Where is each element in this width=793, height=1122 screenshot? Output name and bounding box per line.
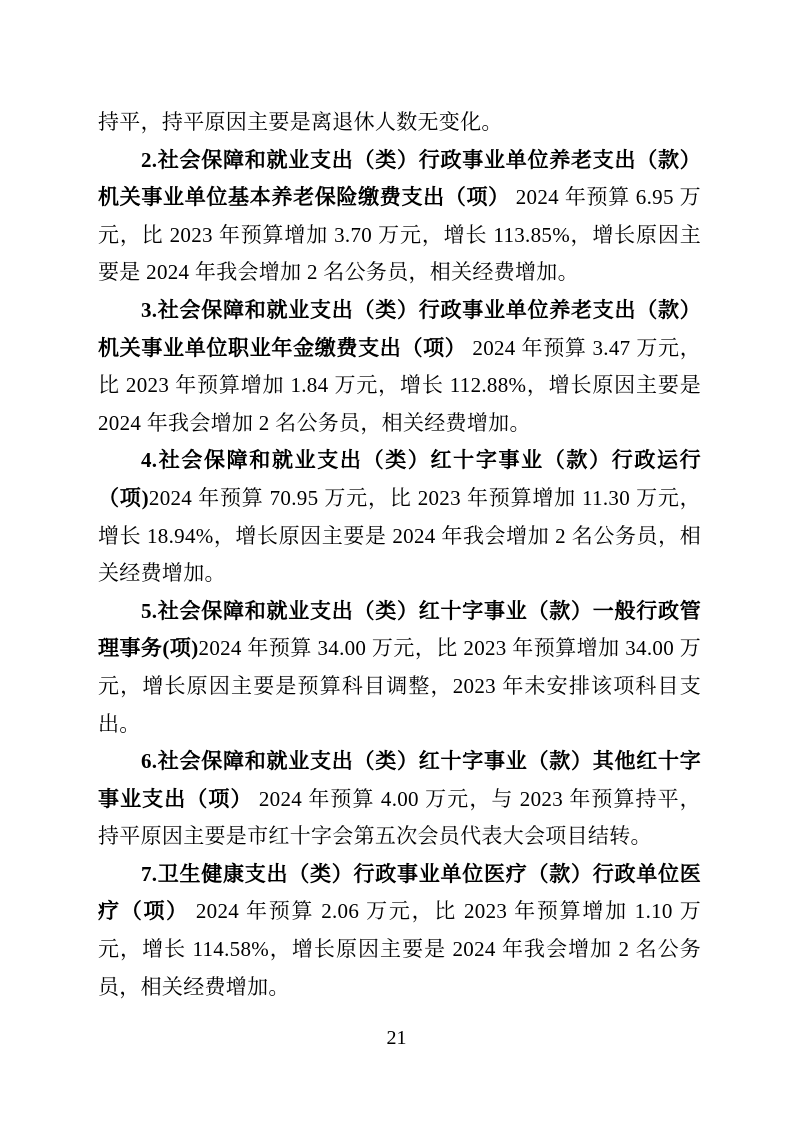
paragraph: 6.社会保障和就业支出（类）红十字事业（款）其他红十字事业支出（项） 2024 … (98, 743, 701, 856)
paragraph: 3.社会保障和就业支出（类）行政事业单位养老支出（款）机关事业单位职业年金缴费支… (98, 292, 701, 442)
paragraph: 5.社会保障和就业支出（类）红十字事业（款）一般行政管理事务(项)2024 年预… (98, 593, 701, 743)
paragraph: 2.社会保障和就业支出（类）行政事业单位养老支出（款）机关事业单位基本养老保险缴… (98, 142, 701, 292)
body-text-segment: 2024 年预算 70.95 万元，比 2023 年预算增加 11.30 万元，… (98, 486, 701, 585)
page-body-text: 持平，持平原因主要是离退休人数无变化。2.社会保障和就业支出（类）行政事业单位养… (98, 104, 701, 1006)
paragraph: 持平，持平原因主要是离退休人数无变化。 (98, 104, 701, 142)
paragraph: 4.社会保障和就业支出（类）红十字事业（款）行政运行（项)2024 年预算 70… (98, 442, 701, 592)
document-page: 持平，持平原因主要是离退休人数无变化。2.社会保障和就业支出（类）行政事业单位养… (0, 0, 793, 1122)
body-text-segment: 2024 年预算 2.06 万元，比 2023 年预算增加 1.10 万元，增长… (98, 899, 701, 998)
page-number: 21 (387, 1027, 407, 1049)
page-footer: 21 (0, 1026, 793, 1050)
body-text-segment: 持平，持平原因主要是离退休人数无变化。 (98, 110, 503, 134)
paragraph: 7.卫生健康支出（类）行政事业单位医疗（款）行政单位医疗（项） 2024 年预算… (98, 856, 701, 1006)
